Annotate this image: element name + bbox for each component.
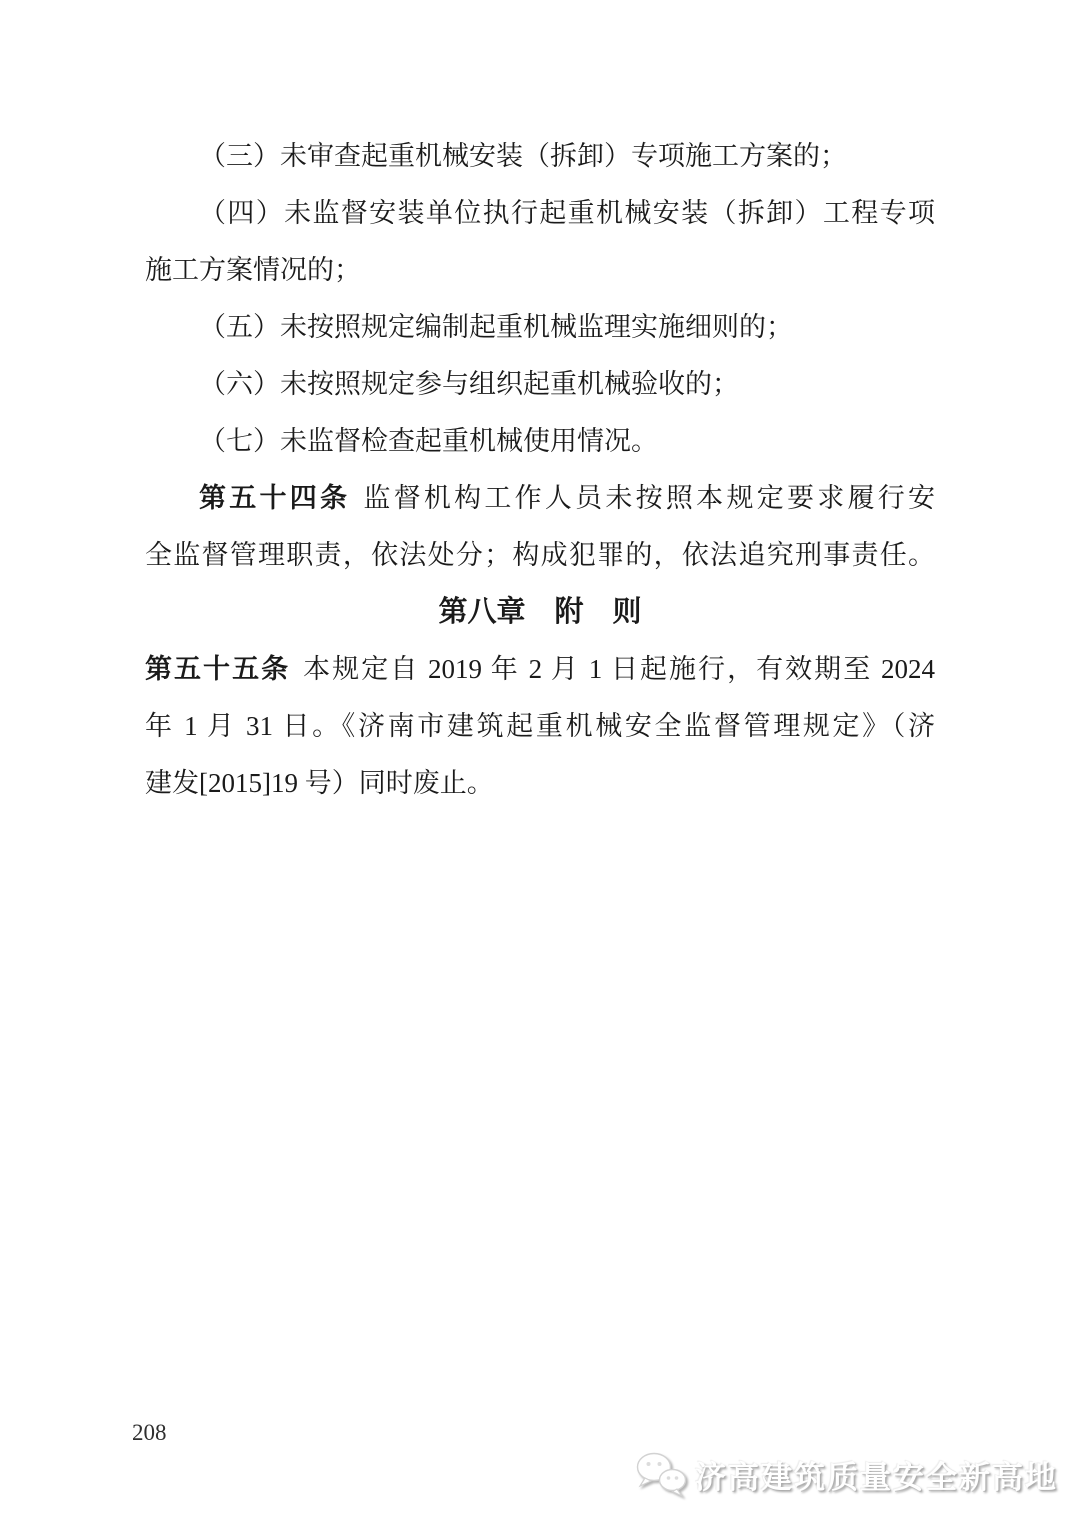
- clause-item-four-line-2: 施工方案情况的；: [145, 242, 935, 299]
- clause-item-three: （三）未审查起重机械安装（拆卸）专项施工方案的；: [145, 128, 935, 185]
- chapter-8-heading: 第八章 附 则: [145, 584, 935, 641]
- article-54-line-2: 全监督管理职责，依法处分；构成犯罪的，依法追究刑事责任。: [145, 527, 935, 584]
- clause-item-seven: （七）未监督检查起重机械使用情况。: [145, 413, 935, 470]
- chapter-8-heading-text: 第八章 附 则: [438, 596, 641, 628]
- clause-item-four-text-2: 施工方案情况的；: [145, 255, 361, 285]
- clause-item-five: （五）未按照规定编制起重机械监理实施细则的；: [145, 299, 935, 356]
- clause-item-six: （六）未按照规定参与组织起重机械验收的；: [145, 356, 935, 413]
- article-54-text-2: 全监督管理职责，依法处分；构成犯罪的，依法追究刑事责任。: [145, 540, 935, 570]
- clause-item-four-line-1: （四）未监督安装单位执行起重机械安装（拆卸）工程专项: [145, 185, 935, 242]
- document-body: （三）未审查起重机械安装（拆卸）专项施工方案的； （四）未监督安装单位执行起重机…: [145, 128, 935, 812]
- document-page: （三）未审查起重机械安装（拆卸）专项施工方案的； （四）未监督安装单位执行起重机…: [0, 0, 1080, 1527]
- article-54-text-1: 监督机构工作人员未按照本规定要求履行安: [363, 483, 935, 513]
- article-55-line-1: 第五十五条本规定自 2019 年 2 月 1 日起施行，有效期至 2024: [145, 641, 935, 698]
- article-55-text-1: 本规定自 2019 年 2 月 1 日起施行，有效期至 2024: [303, 654, 935, 684]
- wechat-icon: [635, 1451, 687, 1497]
- page-number: 208: [132, 1420, 167, 1446]
- watermark-text: 济高建筑质量安全新高地: [695, 1452, 1058, 1497]
- article-55-line-3: 建发[2015]19 号）同时废止。: [145, 755, 935, 812]
- clause-item-three-text: （三）未审查起重机械安装（拆卸）专项施工方案的；: [199, 141, 847, 171]
- article-54-label: 第五十四条: [199, 483, 350, 513]
- article-55-label: 第五十五条: [145, 654, 290, 684]
- clause-item-four-text-1: （四）未监督安装单位执行起重机械安装（拆卸）工程专项: [199, 198, 935, 228]
- article-54-line-1: 第五十四条监督机构工作人员未按照本规定要求履行安: [145, 470, 935, 527]
- clause-item-seven-text: （七）未监督检查起重机械使用情况。: [199, 426, 658, 456]
- clause-item-five-text: （五）未按照规定编制起重机械监理实施细则的；: [199, 312, 793, 342]
- article-55-text-2: 年 1 月 31 日。《济南市建筑起重机械安全监督管理规定》（济: [145, 711, 935, 741]
- watermark: 济高建筑质量安全新高地: [635, 1446, 1058, 1502]
- article-55-line-2: 年 1 月 31 日。《济南市建筑起重机械安全监督管理规定》（济: [145, 698, 935, 755]
- article-55-text-3: 建发[2015]19 号）同时废止。: [145, 768, 494, 798]
- clause-item-six-text: （六）未按照规定参与组织起重机械验收的；: [199, 369, 739, 399]
